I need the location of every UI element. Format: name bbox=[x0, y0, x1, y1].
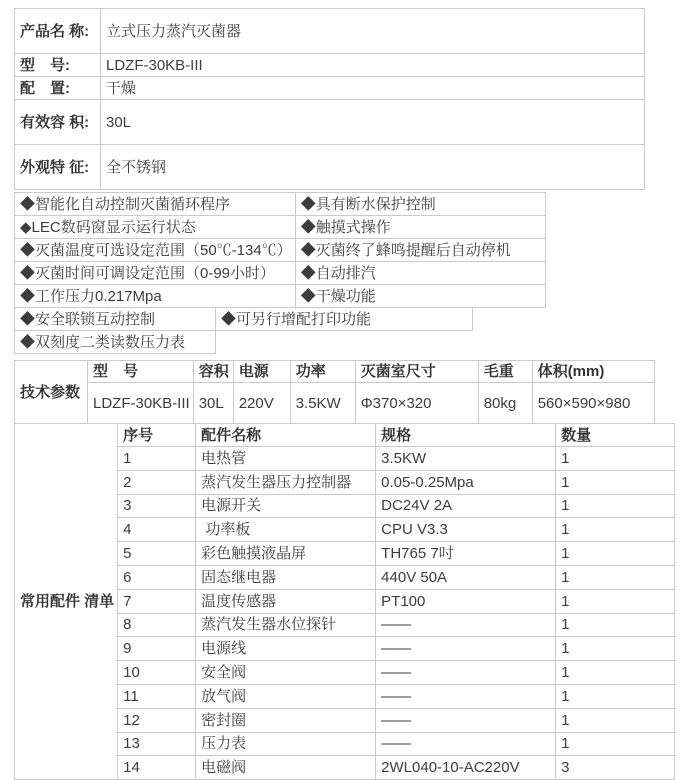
feature-item: ◆具有断水保护控制 bbox=[295, 193, 545, 216]
product-field-value: 30L bbox=[101, 100, 645, 145]
product-info-table: 产品名 称: 立式压力蒸汽灭菌器 型 号: LDZF-30KB-III 配 置:… bbox=[14, 8, 645, 190]
product-field-value: LDZF-30KB-III bbox=[101, 54, 645, 77]
accessory-no: 9 bbox=[118, 637, 196, 661]
feature-item: ◆灭菌温度可选设定范围（50℃-134℃） bbox=[15, 239, 296, 262]
feature-item: ◆灭菌时间可调设定范围（0-99小时） bbox=[15, 262, 296, 285]
accessory-col-header: 序号 bbox=[118, 424, 196, 447]
accessory-no: 5 bbox=[118, 542, 196, 566]
accessory-no: 14 bbox=[118, 756, 196, 780]
accessory-spec: PT100 bbox=[376, 589, 556, 613]
accessory-col-header: 数量 bbox=[556, 424, 675, 447]
tech-param-value: 80kg bbox=[478, 383, 532, 424]
accessory-no: 11 bbox=[118, 684, 196, 708]
tech-param-header: 体积(mm) bbox=[532, 361, 654, 383]
accessory-spec: DC24V 2A bbox=[376, 494, 556, 518]
accessory-name: 温度传感器 bbox=[196, 589, 376, 613]
accessory-spec: —— bbox=[376, 708, 556, 732]
accessory-qty: 1 bbox=[556, 542, 675, 566]
feature-item: ◆可另行增配打印功能 bbox=[216, 308, 473, 331]
accessory-spec: 3.5KW bbox=[376, 447, 556, 471]
accessory-spec: 440V 50A bbox=[376, 565, 556, 589]
tech-param-header: 容积 bbox=[193, 361, 233, 383]
product-field-label: 配 置: bbox=[15, 77, 101, 100]
accessory-col-header: 规格 bbox=[376, 424, 556, 447]
accessory-qty: 1 bbox=[556, 470, 675, 494]
accessory-name: 电源线 bbox=[196, 637, 376, 661]
table-row: 有效容 积: 30L bbox=[15, 100, 645, 145]
feature-item: ◆触摸式操作 bbox=[295, 216, 545, 239]
product-field-label: 型 号: bbox=[15, 54, 101, 77]
accessory-name: 功率板 bbox=[196, 518, 376, 542]
accessory-no: 4 bbox=[118, 518, 196, 542]
accessory-qty: 3 bbox=[556, 756, 675, 780]
accessory-no: 12 bbox=[118, 708, 196, 732]
accessory-spec: 2WL040-10-AC220V bbox=[376, 756, 556, 780]
accessory-spec: CPU V3.3 bbox=[376, 518, 556, 542]
table-row: ◆双刻度二类读数压力表 bbox=[15, 331, 216, 354]
product-field-value: 干燥 bbox=[101, 77, 645, 100]
table-row: 外观特 征: 全不锈钢 bbox=[15, 145, 645, 190]
accessory-qty: 1 bbox=[556, 684, 675, 708]
accessory-no: 2 bbox=[118, 470, 196, 494]
table-row: ◆安全联锁互动控制 ◆可另行增配打印功能 bbox=[15, 308, 473, 331]
tech-param-value: LDZF-30KB-III bbox=[88, 383, 194, 424]
accessory-spec: 0.05-0.25Mpa bbox=[376, 470, 556, 494]
accessory-qty: 1 bbox=[556, 518, 675, 542]
table-row: ◆灭菌温度可选设定范围（50℃-134℃） ◆灭菌终了蜂鸣提醒后自动停机 bbox=[15, 239, 546, 262]
tech-param-value: 560×590×980 bbox=[532, 383, 654, 424]
tech-param-value: 3.5KW bbox=[290, 383, 355, 424]
tech-param-value: 30L bbox=[193, 383, 233, 424]
feature-item: ◆双刻度二类读数压力表 bbox=[15, 331, 216, 354]
table-row: LDZF-30KB-III 30L 220V 3.5KW Φ370×320 80… bbox=[15, 383, 655, 424]
feature-item: ◆自动排汽 bbox=[295, 262, 545, 285]
feature-item: ◆工作压力0.217Mpa bbox=[15, 285, 296, 308]
feature-item: ◆安全联锁互动控制 bbox=[15, 308, 216, 331]
accessories-section-label: 常用配件 清单 bbox=[15, 424, 118, 780]
accessory-name: 安全阀 bbox=[196, 661, 376, 685]
accessory-qty: 1 bbox=[556, 613, 675, 637]
accessory-spec: —— bbox=[376, 661, 556, 685]
accessory-no: 10 bbox=[118, 661, 196, 685]
features-table: ◆智能化自动控制灭菌循环程序 ◆具有断水保护控制 ◆LEC数码窗显示运行状态 ◆… bbox=[14, 192, 546, 308]
accessory-qty: 1 bbox=[556, 589, 675, 613]
accessory-spec: —— bbox=[376, 684, 556, 708]
product-field-value: 立式压力蒸汽灭菌器 bbox=[101, 9, 645, 54]
accessory-name: 压力表 bbox=[196, 732, 376, 756]
accessory-no: 3 bbox=[118, 494, 196, 518]
table-row: ◆灭菌时间可调设定范围（0-99小时） ◆自动排汽 bbox=[15, 262, 546, 285]
table-row: ◆工作压力0.217Mpa ◆干燥功能 bbox=[15, 285, 546, 308]
accessory-no: 13 bbox=[118, 732, 196, 756]
accessory-qty: 1 bbox=[556, 708, 675, 732]
accessory-name: 固态继电器 bbox=[196, 565, 376, 589]
accessory-name: 电磁阀 bbox=[196, 756, 376, 780]
product-field-label: 外观特 征: bbox=[15, 145, 101, 190]
accessory-name: 电热管 bbox=[196, 447, 376, 471]
tech-param-value: 220V bbox=[233, 383, 290, 424]
accessory-spec: —— bbox=[376, 613, 556, 637]
accessory-col-header: 配件名称 bbox=[196, 424, 376, 447]
accessory-no: 8 bbox=[118, 613, 196, 637]
tech-param-value: Φ370×320 bbox=[355, 383, 478, 424]
accessory-name: 蒸汽发生器压力控制器 bbox=[196, 470, 376, 494]
accessory-name: 蒸汽发生器水位探针 bbox=[196, 613, 376, 637]
accessory-qty: 1 bbox=[556, 637, 675, 661]
table-row: 技术参数 型 号 容积 电源 功率 灭菌室尺寸 毛重 体积(mm) bbox=[15, 361, 655, 383]
accessory-qty: 1 bbox=[556, 447, 675, 471]
table-row: 产品名 称: 立式压力蒸汽灭菌器 bbox=[15, 9, 645, 54]
accessory-spec: TH765 7吋 bbox=[376, 542, 556, 566]
accessory-no: 1 bbox=[118, 447, 196, 471]
table-row: ◆智能化自动控制灭菌循环程序 ◆具有断水保护控制 bbox=[15, 193, 546, 216]
tech-params-table: 技术参数 型 号 容积 电源 功率 灭菌室尺寸 毛重 体积(mm) LDZF-3… bbox=[14, 360, 655, 424]
accessory-name: 密封圈 bbox=[196, 708, 376, 732]
accessory-qty: 1 bbox=[556, 661, 675, 685]
accessory-name: 彩色触摸液晶屏 bbox=[196, 542, 376, 566]
product-field-label: 产品名 称: bbox=[15, 9, 101, 54]
product-field-label: 有效容 积: bbox=[15, 100, 101, 145]
feature-item: ◆干燥功能 bbox=[295, 285, 545, 308]
feature-item: ◆LEC数码窗显示运行状态 bbox=[15, 216, 296, 239]
tech-params-section-label: 技术参数 bbox=[15, 361, 88, 424]
table-row: ◆LEC数码窗显示运行状态 ◆触摸式操作 bbox=[15, 216, 546, 239]
accessory-qty: 1 bbox=[556, 565, 675, 589]
accessories-table: 常用配件 清单 序号 配件名称 规格 数量 1 电热管 3.5KW 1 2 蒸汽… bbox=[14, 423, 675, 780]
spec-sheet: 产品名 称: 立式压力蒸汽灭菌器 型 号: LDZF-30KB-III 配 置:… bbox=[0, 0, 689, 780]
table-row: 型 号: LDZF-30KB-III bbox=[15, 54, 645, 77]
feature-item: ◆智能化自动控制灭菌循环程序 bbox=[15, 193, 296, 216]
accessory-name: 电源开关 bbox=[196, 494, 376, 518]
tech-param-header: 灭菌室尺寸 bbox=[355, 361, 478, 383]
tech-param-header: 毛重 bbox=[478, 361, 532, 383]
accessory-spec: —— bbox=[376, 732, 556, 756]
accessory-name: 放气阀 bbox=[196, 684, 376, 708]
table-row: 配 置: 干燥 bbox=[15, 77, 645, 100]
tech-param-header: 功率 bbox=[290, 361, 355, 383]
accessory-qty: 1 bbox=[556, 494, 675, 518]
accessory-no: 7 bbox=[118, 589, 196, 613]
features-table-row6: ◆安全联锁互动控制 ◆可另行增配打印功能 bbox=[14, 307, 473, 331]
product-field-value: 全不锈钢 bbox=[101, 145, 645, 190]
features-table-row7: ◆双刻度二类读数压力表 bbox=[14, 330, 216, 354]
feature-item: ◆灭菌终了蜂鸣提醒后自动停机 bbox=[295, 239, 545, 262]
table-row: 常用配件 清单 序号 配件名称 规格 数量 bbox=[15, 424, 675, 447]
accessory-spec: —— bbox=[376, 637, 556, 661]
accessory-qty: 1 bbox=[556, 732, 675, 756]
tech-param-header: 型 号 bbox=[88, 361, 194, 383]
accessory-no: 6 bbox=[118, 565, 196, 589]
tech-param-header: 电源 bbox=[233, 361, 290, 383]
